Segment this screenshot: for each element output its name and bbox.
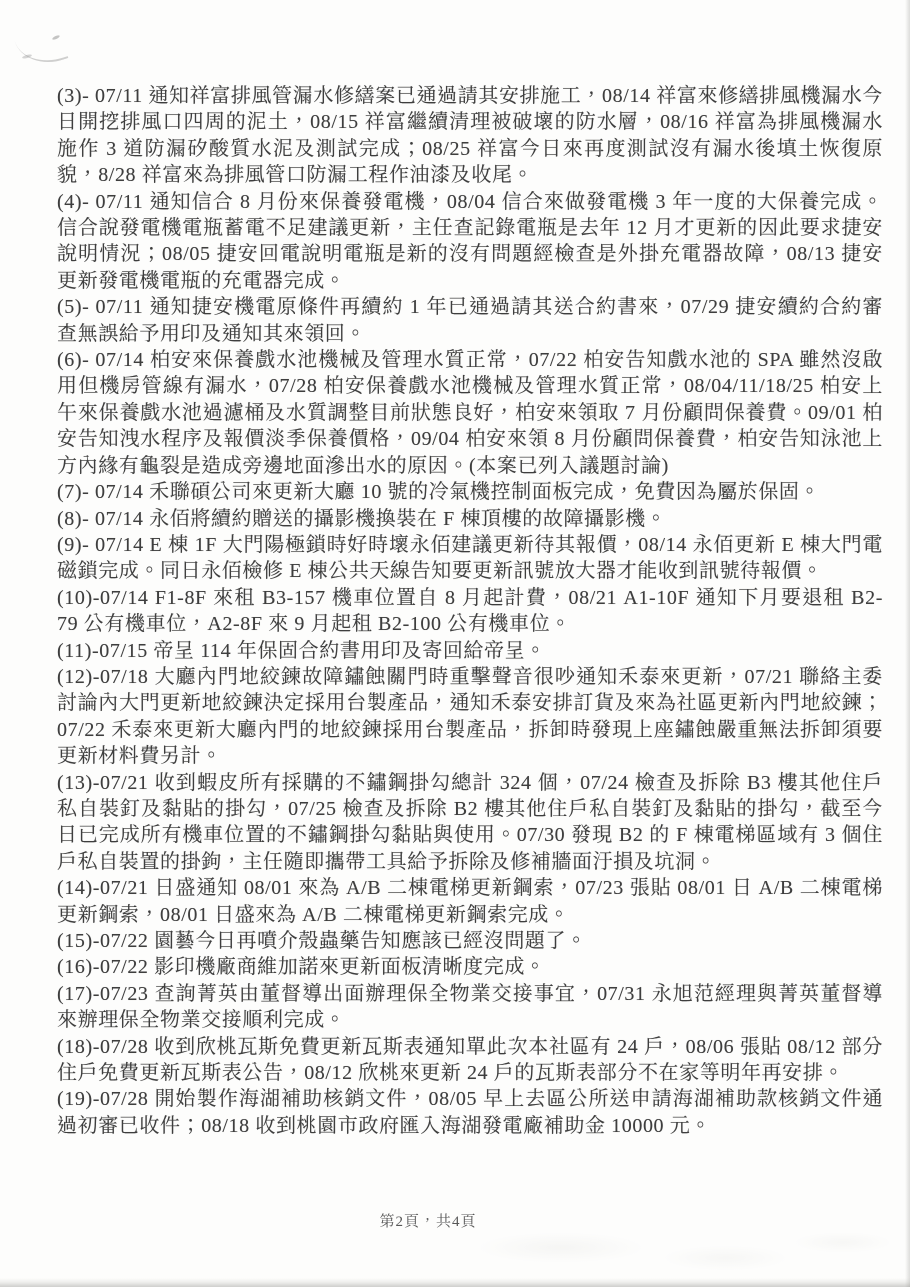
report-item: (15)-07/22 園藝今日再噴介殼蟲藥告知應該已經沒問題了。 [57, 928, 883, 954]
report-item: (9)- 07/14 E 棟 1F 大門陽極鎖時好時壞永佰建議更新待其報價，08… [57, 532, 883, 585]
report-item: (7)- 07/14 禾聯碩公司來更新大廳 10 號的冷氣機控制面板完成，免費因… [57, 479, 883, 505]
report-item: (17)-07/23 查詢菁英由董督導出面辦理保全物業交接事宜，07/31 永旭… [57, 981, 883, 1034]
report-item: (11)-07/15 帝呈 114 年保固合約書用印及寄回給帝呈。 [57, 638, 883, 664]
report-item: (3)- 07/11 通知祥富排風管漏水修繕案已通過請其安排施工，08/14 祥… [57, 83, 883, 189]
scan-edge-bottom [0, 1278, 910, 1287]
report-item-list: (3)- 07/11 通知祥富排風管漏水修繕案已通過請其安排施工，08/14 祥… [57, 83, 883, 1139]
report-item: (16)-07/22 影印機廠商維加諾來更新面板清晰度完成。 [57, 954, 883, 980]
scanned-document-page: (3)- 07/11 通知祥富排風管漏水修繕案已通過請其安排施工，08/14 祥… [0, 0, 910, 1287]
report-item: (12)-07/18 大廳內門地絞鍊故障鏽蝕關門時重擊聲音很吵通知禾泰來更新，0… [57, 664, 883, 770]
report-item: (4)- 07/11 通知信合 8 月份來保養發電機，08/04 信合來做發電機… [57, 189, 883, 295]
scan-mottle [420, 1227, 890, 1279]
scan-edge-right [905, 0, 910, 1287]
report-item: (18)-07/28 收到欣桃瓦斯免費更新瓦斯表通知單此次本社區有 24 戶，0… [57, 1034, 883, 1087]
report-item: (13)-07/21 收到蝦皮所有採購的不鏽鋼掛勾總計 324 個，07/24 … [57, 770, 883, 876]
scan-smudge-mark [14, 24, 69, 72]
report-item: (14)-07/21 日盛通知 08/01 來為 A/B 二棟電梯更新鋼索，07… [57, 875, 883, 928]
report-item: (19)-07/28 開始製作海湖補助核銷文件，08/05 早上去區公所送申請海… [57, 1086, 883, 1139]
report-item: (10)-07/14 F1-8F 來租 B3-157 機車位置自 8 月起計費，… [57, 585, 883, 638]
report-item: (8)- 07/14 永佰將續約贈送的攝影機換裝在 F 棟頂樓的故障攝影機。 [57, 506, 883, 532]
report-item: (5)- 07/11 通知捷安機電原條件再續約 1 年已通過請其送合約書來，07… [57, 294, 883, 347]
report-item: (6)- 07/14 柏安來保養戲水池機械及管理水質正常，07/22 柏安告知戲… [57, 347, 883, 479]
